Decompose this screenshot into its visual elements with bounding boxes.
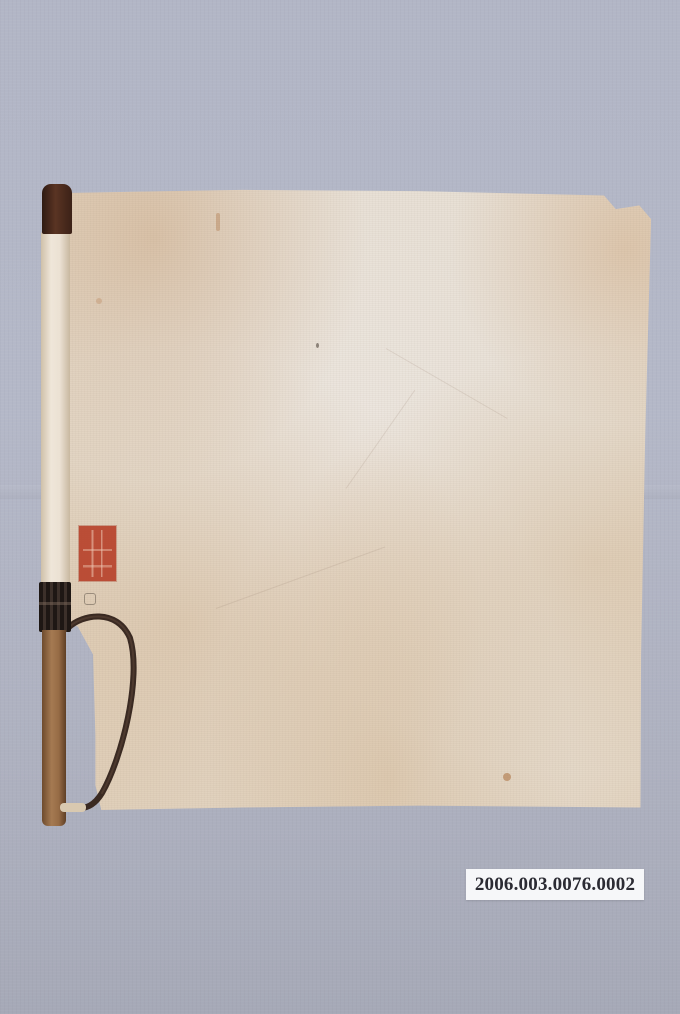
flag-pole-grip bbox=[42, 630, 66, 826]
cloth-stain bbox=[316, 343, 319, 348]
cloth-stain bbox=[216, 213, 220, 231]
pole-binding-band bbox=[39, 582, 71, 632]
binding-band-highlight bbox=[39, 602, 71, 605]
cloth-stain bbox=[503, 773, 511, 781]
handle-loop bbox=[62, 608, 142, 818]
red-seal-stamp bbox=[79, 526, 116, 581]
flag-pole-cap bbox=[42, 184, 72, 234]
seal-glyphs bbox=[83, 530, 112, 577]
flag-cloth bbox=[66, 188, 654, 810]
cloth-stain bbox=[96, 298, 102, 304]
small-ink-mark bbox=[84, 593, 96, 605]
accession-number-label: 2006.003.0076.0002 bbox=[466, 869, 644, 900]
pole-tie-cord bbox=[60, 803, 86, 812]
cloth-weave-texture bbox=[66, 188, 654, 810]
flag-pole-upper bbox=[41, 232, 70, 584]
accession-number-text: 2006.003.0076.0002 bbox=[475, 874, 635, 896]
